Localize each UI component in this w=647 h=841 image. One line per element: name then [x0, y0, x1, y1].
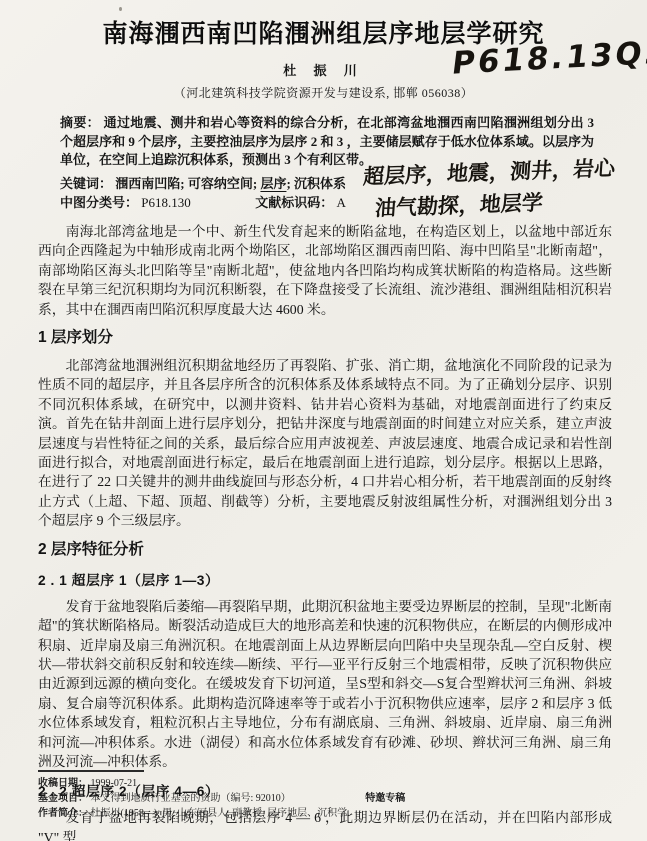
- received-date-label: 收稿日期：: [38, 778, 88, 789]
- fund-value: 本文得到地质行业基金的资助（编号: 92010）: [91, 793, 291, 804]
- handwritten-keyword-notes: 超层序，地震，测井，岩心 油气勘探，地层学: [360, 151, 644, 225]
- keywords-post: ; 沉积体系: [286, 176, 346, 191]
- doc-code-value: A: [337, 195, 346, 210]
- paper-body: 南海北部湾盆地是一个中、新生代发育起来的断陷盆地，在构造区划上，以盆地中部近东西…: [38, 222, 612, 841]
- section1-paragraph: 北部湾盆地涠洲组沉积期盆地经历了再裂陷、扩张、消亡期，盆地演化不同阶段的记录为性…: [38, 356, 612, 531]
- clc-label: 中图分类号：: [60, 195, 138, 210]
- keywords-label: 关键词：: [60, 176, 112, 191]
- section2-1-paragraph: 发育于盆地裂陷后萎缩—再裂陷早期，此期沉积盆地主要受边界断层的控制，呈现"北断南…: [38, 597, 612, 772]
- author-bio-value: 杜振川(1958—), 男, 山东冠县人, 副教授, 层序地层、沉积学.: [91, 808, 350, 819]
- fund-line: 基金项目： 本文得到地质行业基金的资助（编号: 92010） 特邀专稿: [38, 791, 612, 806]
- special-contribution-tag: 特邀专稿: [365, 793, 405, 804]
- section2-heading: 2 层序特征分析: [38, 540, 612, 560]
- author-bio-line: 作者简介： 杜振川(1958—), 男, 山东冠县人, 副教授, 层序地层、沉积…: [38, 806, 612, 821]
- keywords-underlined-term: 层序: [260, 176, 286, 191]
- author-affiliation: （河北建筑科技学院资源开发与建设系, 邯郸 056038）: [0, 84, 647, 101]
- abstract-label: 摘要：: [60, 115, 100, 130]
- fund-label: 基金项目：: [38, 793, 88, 804]
- footnote-block: 收稿日期： 1999-07-21 基金项目： 本文得到地质行业基金的资助（编号:…: [38, 770, 612, 822]
- section2-1-heading: 2 . 1 超层序 1（层序 1—3）: [38, 571, 612, 590]
- received-date-line: 收稿日期： 1999-07-21: [38, 776, 612, 791]
- scan-speck: [119, 7, 122, 11]
- section1-heading: 1 层序划分: [38, 328, 612, 348]
- keywords-pre: 涠西南凹陷; 可容纳空间;: [115, 176, 260, 191]
- author-bio-label: 作者简介：: [38, 808, 88, 819]
- doc-code-label: 文献标识码：: [255, 195, 333, 210]
- intro-paragraph: 南海北部湾盆地是一个中、新生代发育起来的断陷盆地，在构造区划上，以盆地中部近东西…: [38, 222, 612, 319]
- footnote-rule: [38, 770, 144, 772]
- paper-page: 南海涠西南凹陷涠洲组层序地层学研究 杜 振 川 P618.13Q2 （河北建筑科…: [0, 0, 647, 841]
- clc-value: P618.130: [141, 195, 190, 210]
- received-date-value: 1999-07-21: [91, 778, 138, 789]
